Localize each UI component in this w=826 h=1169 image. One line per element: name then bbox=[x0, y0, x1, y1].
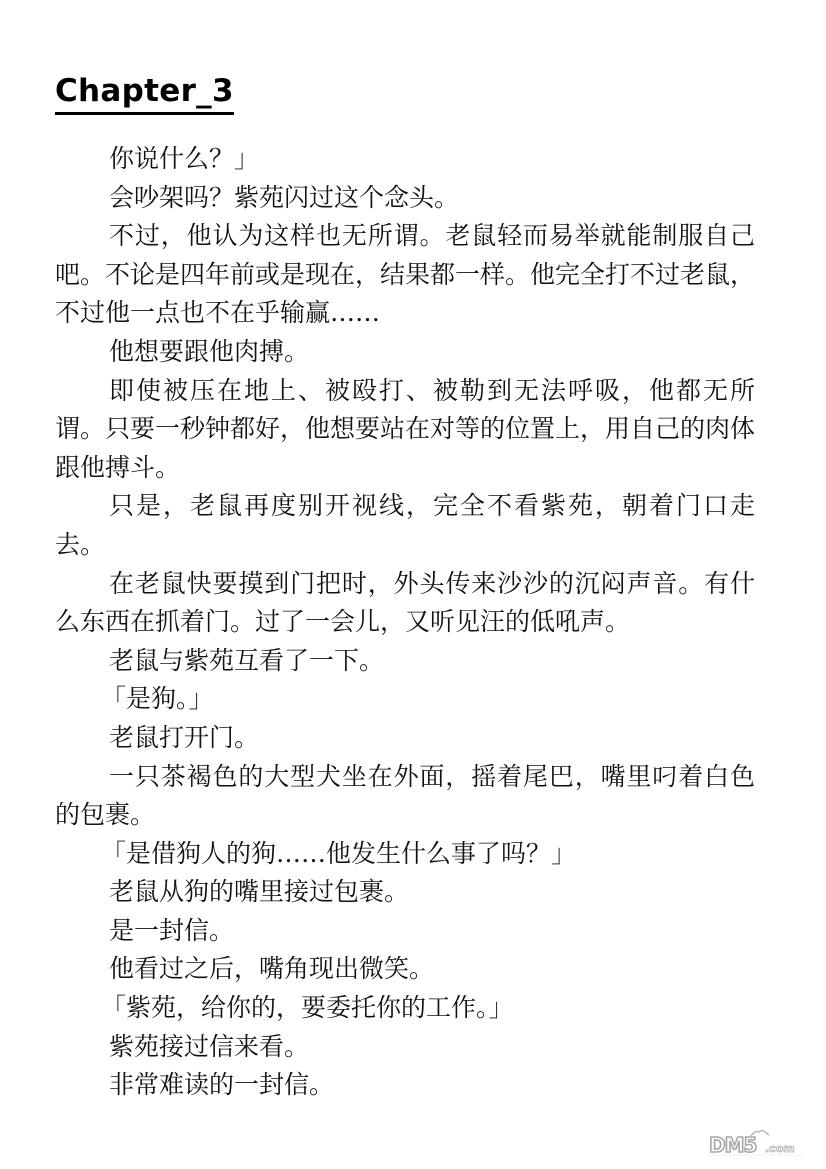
dm5-watermark-logo: DM5 .com bbox=[707, 1128, 807, 1156]
paragraph: 一只茶褐色的大型犬坐在外面，摇着尾巴，嘴里叼着白色的包裹。 bbox=[55, 758, 755, 835]
paragraph: 紫苑接过信来看。 bbox=[55, 1028, 755, 1067]
dialogue-paragraph: 「是借狗人的狗……他发生什么事了吗？」 bbox=[55, 835, 755, 874]
paragraph: 是一封信。 bbox=[55, 912, 755, 951]
paragraph: 会吵架吗？紫苑闪过这个念头。 bbox=[55, 179, 755, 218]
document-page: Chapter_3 你说什么？」 会吵架吗？紫苑闪过这个念头。 不过，他认为这样… bbox=[0, 0, 826, 1169]
paragraph: 不过，他认为这样也无所谓。老鼠轻而易举就能制服自己吧。不论是四年前或是现在，结果… bbox=[55, 217, 755, 333]
watermark-text: DM5 bbox=[709, 1133, 757, 1156]
dm5-logo-icon: DM5 .com bbox=[707, 1128, 807, 1156]
chapter-body: 你说什么？」 会吵架吗？紫苑闪过这个念头。 不过，他认为这样也无所谓。老鼠轻而易… bbox=[55, 140, 755, 1105]
chapter-title: Chapter_3 bbox=[55, 72, 234, 115]
paragraph: 你说什么？」 bbox=[55, 140, 755, 179]
paragraph: 老鼠从狗的嘴里接过包裹。 bbox=[55, 873, 755, 912]
paragraph: 老鼠打开门。 bbox=[55, 719, 755, 758]
dialogue-paragraph: 「紫苑，给你的，要委托你的工作。」 bbox=[55, 989, 755, 1028]
paragraph: 他看过之后，嘴角现出微笑。 bbox=[55, 950, 755, 989]
paragraph: 老鼠与紫苑互看了一下。 bbox=[55, 642, 755, 681]
svg-text:.com: .com bbox=[765, 1142, 795, 1155]
dialogue-paragraph: 「是狗。」 bbox=[55, 680, 755, 719]
paragraph: 只是，老鼠再度别开视线，完全不看紫苑，朝着门口走去。 bbox=[55, 487, 755, 564]
paragraph: 在老鼠快要摸到门把时，外头传来沙沙的沉闷声音。有什么东西在抓着门。过了一会儿，又… bbox=[55, 565, 755, 642]
paragraph: 即使被压在地上、被殴打、被勒到无法呼吸，他都无所谓。只要一秒钟都好，他想要站在对… bbox=[55, 372, 755, 488]
paragraph: 他想要跟他肉搏。 bbox=[55, 333, 755, 372]
paragraph: 非常难读的一封信。 bbox=[55, 1066, 755, 1105]
